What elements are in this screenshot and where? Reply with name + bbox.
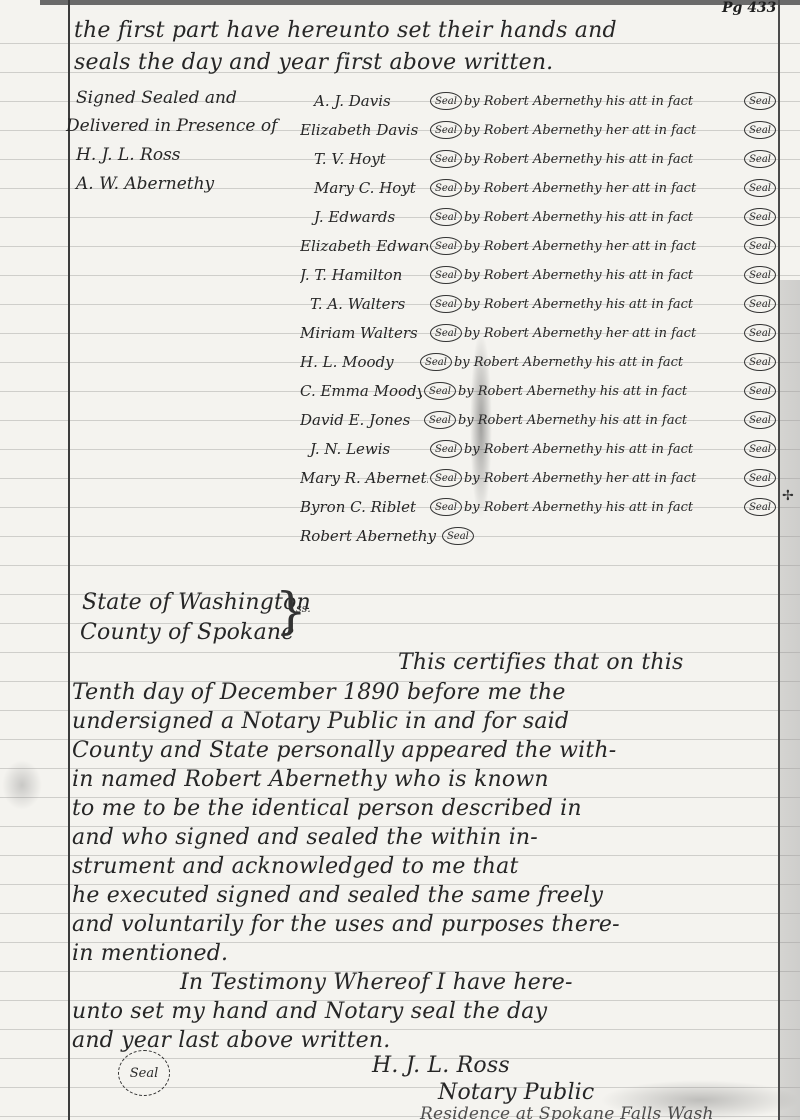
attorney-in-fact-text: by Robert Abernethy his att in fact xyxy=(464,500,742,515)
signer-name: Miriam Walters xyxy=(300,324,428,342)
signer-name: J. N. Lewis xyxy=(300,440,428,458)
opening-line: seals the day and year first above writt… xyxy=(74,50,553,75)
seal-icon: Seal xyxy=(430,324,462,342)
signer-name: T. A. Walters xyxy=(300,295,428,313)
signature-row: Miriam Walters Seal by Robert Abernethy … xyxy=(300,320,778,346)
seal-icon: Seal xyxy=(744,469,776,487)
seal-icon: Seal xyxy=(442,527,474,545)
certificate-line: and who signed and sealed the within in- xyxy=(72,825,538,850)
notary-seal-icon: Seal xyxy=(118,1050,170,1096)
signature-row: Mary R. Abernethy Seal by Robert Abernet… xyxy=(300,465,778,491)
signer-name: J. T. Hamilton xyxy=(300,266,428,284)
attorney-in-fact-text: by Robert Abernethy his att in fact xyxy=(458,384,742,399)
attorney-in-fact-text: by Robert Abernethy her att in fact xyxy=(464,123,742,138)
attorney-in-fact-text: by Robert Abernethy her att in fact xyxy=(464,239,742,254)
page-edge-shadow xyxy=(780,280,800,1120)
seal-icon: Seal xyxy=(430,121,462,139)
seal-icon: Seal xyxy=(744,440,776,458)
seal-icon: Seal xyxy=(744,353,776,371)
margin-mark: ✢ xyxy=(782,488,794,504)
attorney-in-fact-text: by Robert Abernethy his att in fact xyxy=(454,355,742,370)
signature-row: T. A. Walters Seal by Robert Abernethy h… xyxy=(300,291,778,317)
seal-icon: Seal xyxy=(744,498,776,516)
signature-row: Robert Abernethy Seal xyxy=(300,523,778,549)
seal-icon: Seal xyxy=(424,411,456,429)
certificate-line: and year last above written. xyxy=(72,1028,390,1053)
witness-heading: Signed Sealed and xyxy=(76,88,237,108)
certificate-line: to me to be the identical person describ… xyxy=(72,796,582,821)
seal-icon: Seal xyxy=(744,92,776,110)
seal-icon: Seal xyxy=(430,92,462,110)
seal-icon: Seal xyxy=(430,208,462,226)
certificate-line: Tenth day of December 1890 before me the xyxy=(72,680,566,705)
signer-name: H. L. Moody xyxy=(300,353,418,371)
page-top-edge xyxy=(40,0,800,5)
seal-icon: Seal xyxy=(430,440,462,458)
signature-row: H. L. Moody Seal by Robert Abernethy his… xyxy=(300,349,778,375)
attorney-in-fact-text: by Robert Abernethy her att in fact xyxy=(464,471,742,486)
attorney-in-fact-text: by Robert Abernethy his att in fact xyxy=(464,268,742,283)
signature-row: Byron C. Riblet Seal by Robert Abernethy… xyxy=(300,494,778,520)
certificate-line: in named Robert Abernethy who is known xyxy=(72,767,549,792)
signature-row: J. T. Hamilton Seal by Robert Abernethy … xyxy=(300,262,778,288)
notary-title: Notary Public xyxy=(438,1080,594,1105)
attorney-in-fact-text: by Robert Abernethy his att in fact xyxy=(464,210,742,225)
left-margin-rule xyxy=(68,0,70,1120)
certificate-line: This certifies that on this xyxy=(398,650,683,675)
signer-name: Mary R. Abernethy xyxy=(300,469,428,487)
attorney-in-fact-text: by Robert Abernethy his att in fact xyxy=(458,413,742,428)
signature-row: C. Emma Moody Seal by Robert Abernethy h… xyxy=(300,378,778,404)
signer-name: David E. Jones xyxy=(300,411,422,429)
seal-icon: Seal xyxy=(430,237,462,255)
seal-icon: Seal xyxy=(430,295,462,313)
attorney-in-fact-text: by Robert Abernethy her att in fact xyxy=(464,181,742,196)
notary-residence: Residence at Spokane Falls Wash xyxy=(420,1104,714,1120)
certificate-line: In Testimony Whereof I have here- xyxy=(180,970,573,995)
seal-icon: Seal xyxy=(744,295,776,313)
signer-name: J. Edwards xyxy=(300,208,428,226)
seal-icon: Seal xyxy=(744,382,776,400)
signer-name: Elizabeth Davis xyxy=(300,121,428,139)
signature-row: Mary C. Hoyt Seal by Robert Abernethy he… xyxy=(300,175,778,201)
signer-name: Mary C. Hoyt xyxy=(300,179,428,197)
attorney-in-fact-text: by Robert Abernethy his att in fact xyxy=(464,94,742,109)
opening-line: the first part have hereunto set their h… xyxy=(74,18,617,43)
certificate-line: unto set my hand and Notary seal the day xyxy=(72,999,547,1024)
attorney-in-fact-text: by Robert Abernethy his att in fact xyxy=(464,297,742,312)
signer-name: A. J. Davis xyxy=(300,92,428,110)
seal-icon: Seal xyxy=(430,498,462,516)
seal-icon: Seal xyxy=(744,150,776,168)
signature-row: Elizabeth Edwards Seal by Robert Abernet… xyxy=(300,233,778,259)
seal-icon: Seal xyxy=(744,237,776,255)
seal-icon: Seal xyxy=(420,353,452,371)
signer-name: T. V. Hoyt xyxy=(300,150,428,168)
attorney-in-fact-text: by Robert Abernethy her att in fact xyxy=(464,326,742,341)
certificate-line: in mentioned. xyxy=(72,941,228,966)
venue-ss: ss. xyxy=(296,602,311,615)
seal-icon: Seal xyxy=(430,150,462,168)
seal-icon: Seal xyxy=(744,266,776,284)
signer-name: Byron C. Riblet xyxy=(300,498,428,516)
signer-name: C. Emma Moody xyxy=(300,382,422,400)
seal-icon: Seal xyxy=(430,179,462,197)
signature-row: J. N. Lewis Seal by Robert Abernethy his… xyxy=(300,436,778,462)
certificate-line: County and State personally appeared the… xyxy=(72,738,616,763)
signature-row: Elizabeth Davis Seal by Robert Abernethy… xyxy=(300,117,778,143)
notary-signature: H. J. L. Ross xyxy=(372,1053,510,1078)
seal-icon: Seal xyxy=(744,121,776,139)
seal-icon: Seal xyxy=(744,208,776,226)
certificate-line: and voluntarily for the uses and purpose… xyxy=(72,912,620,937)
ledger-page: ✢ Pg 433 the first part have hereunto se… xyxy=(0,0,800,1120)
seal-icon: Seal xyxy=(744,179,776,197)
witness-signature: A. W. Abernethy xyxy=(76,174,214,194)
attorney-in-fact-text: by Robert Abernethy his att in fact xyxy=(464,152,742,167)
witness-signature: H. J. L. Ross xyxy=(76,145,181,165)
seal-icon: Seal xyxy=(430,266,462,284)
signature-row: T. V. Hoyt Seal by Robert Abernethy his … xyxy=(300,146,778,172)
certificate-line: strument and acknowledged to me that xyxy=(72,854,519,879)
venue-county: County of Spokane xyxy=(80,620,295,645)
signature-row: A. J. Davis Seal by Robert Abernethy his… xyxy=(300,88,778,114)
signature-row: David E. Jones Seal by Robert Abernethy … xyxy=(300,407,778,433)
certificate-line: undersigned a Notary Public in and for s… xyxy=(72,709,569,734)
attorney-in-fact-text: by Robert Abernethy his att in fact xyxy=(464,442,742,457)
margin-blot xyxy=(2,760,42,810)
signer-name: Elizabeth Edwards xyxy=(300,237,428,255)
signature-row: J. Edwards Seal by Robert Abernethy his … xyxy=(300,204,778,230)
seal-icon: Seal xyxy=(430,469,462,487)
seal-icon: Seal xyxy=(424,382,456,400)
certificate-line: he executed signed and sealed the same f… xyxy=(72,883,603,908)
seal-icon: Seal xyxy=(744,324,776,342)
page-number: Pg 433 xyxy=(722,0,776,16)
seal-icon: Seal xyxy=(744,411,776,429)
witness-heading: Delivered in Presence of xyxy=(66,116,277,136)
signer-name: Robert Abernethy xyxy=(300,527,440,545)
